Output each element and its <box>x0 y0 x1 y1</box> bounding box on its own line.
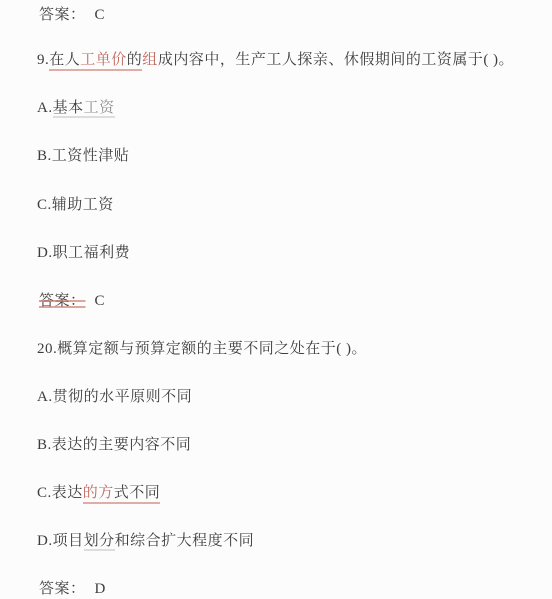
option-q9-b: B.工资性津贴 <box>37 147 129 166</box>
option-q20-c: C.表达的方式不同 <box>37 484 160 503</box>
option-q20-b: B.表达的主要内容不同 <box>37 436 191 455</box>
answer-value: C <box>95 293 106 309</box>
option-prefix: A. <box>37 100 53 116</box>
option-text: D.职工福利费 <box>37 245 130 261</box>
red-underlined-segment: 式不同 <box>114 485 161 504</box>
question-9-text: 9.在人工单价的组成内容中，生产工人探亲、休假期间的工资属于( )。 <box>37 51 514 70</box>
red-underlined-segment: 的 <box>127 52 143 71</box>
option-text: C.辅助工资 <box>37 197 114 213</box>
answer-label: 答案： <box>39 581 86 597</box>
answer-line-q9: 答案：C <box>39 292 105 311</box>
answer-line-q20: 答案：D <box>39 580 106 599</box>
question-number: 9. <box>37 52 49 68</box>
red-marked-segment: 组 <box>142 52 158 68</box>
option-q9-c: C.辅助工资 <box>37 196 114 215</box>
question-text-segment: 成内容中，生产工人探亲、休假期间的工资属于( )。 <box>158 52 514 68</box>
smudged-segment: 划分 <box>84 533 115 551</box>
option-text: B.工资性津贴 <box>37 148 129 164</box>
red-marked-segment: 的方 <box>83 485 114 504</box>
option-q9-a: A.基本工资 <box>37 99 115 118</box>
question-text-segment: 20.概算定额与预算定额的主要不同之处在于( )。 <box>37 341 367 357</box>
option-text-segment: 和综合扩大程度不同 <box>115 533 255 549</box>
answer-value: D <box>95 581 106 597</box>
faint-segment: 工资 <box>84 100 115 118</box>
option-prefix: C.表达 <box>37 485 83 501</box>
answer-value: C <box>95 7 106 23</box>
answer-line-top: 答案：C <box>39 6 105 25</box>
smudged-segment: 基本 <box>53 100 84 118</box>
option-text: B.表达的主要内容不同 <box>37 437 191 453</box>
option-q20-a: A.贯彻的水平原则不同 <box>37 388 192 407</box>
question-20-text: 20.概算定额与预算定额的主要不同之处在于( )。 <box>37 340 367 359</box>
answer-label: 答案： <box>39 7 86 23</box>
option-q9-d: D.职工福利费 <box>37 244 130 263</box>
option-prefix: D.项目 <box>37 533 84 549</box>
red-underlined-segment: 在人 <box>49 52 80 71</box>
option-q20-d: D.项目划分和综合扩大程度不同 <box>37 532 254 551</box>
scanned-exam-document: 答案：C 9.在人工单价的组成内容中，生产工人探亲、休假期间的工资属于( )。 … <box>0 0 552 599</box>
answer-label-red-marked: 答案： <box>39 293 86 309</box>
red-marked-segment: 工单价 <box>80 52 127 71</box>
option-text: A.贯彻的水平原则不同 <box>37 389 192 405</box>
